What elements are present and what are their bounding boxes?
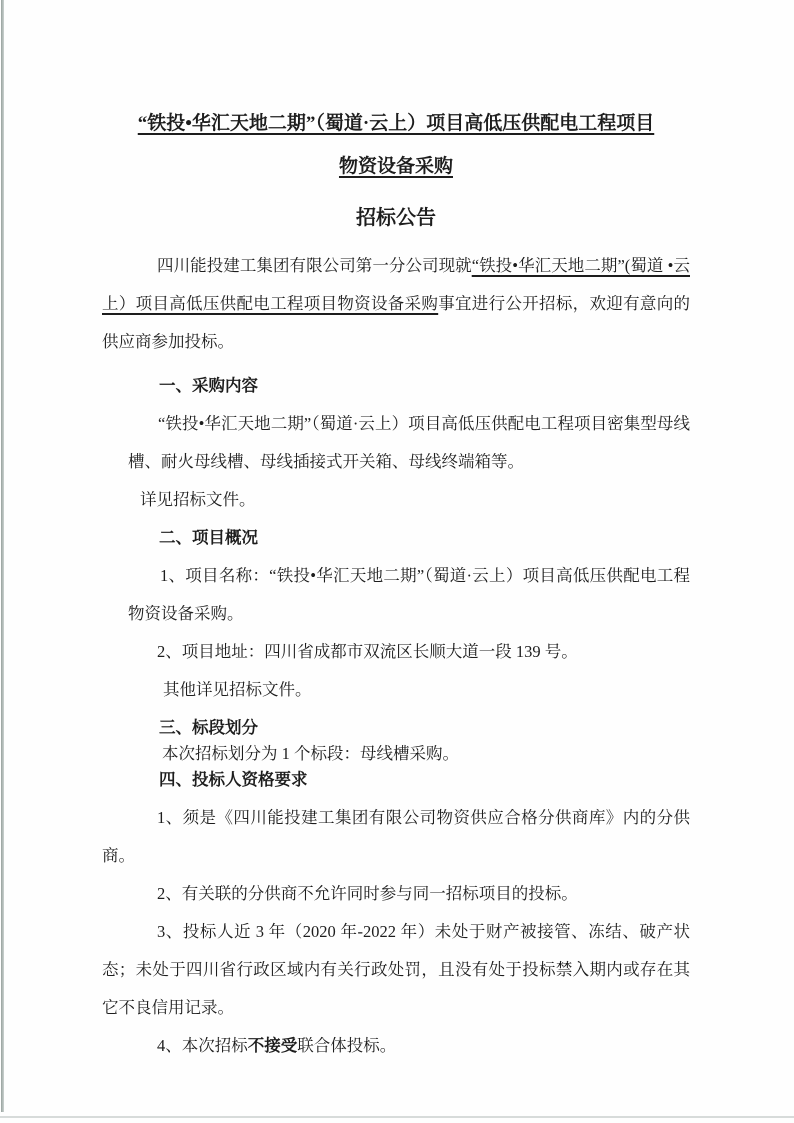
- title-line-1: “铁投•华汇天地二期”（蜀道·云上）项目高低压供配电工程项目: [102, 112, 690, 136]
- document-title: “铁投•华汇天地二期”（蜀道·云上）项目高低压供配电工程项目 物资设备采购: [102, 112, 690, 179]
- scan-edge-left: [1, 0, 4, 1112]
- section-2-note: 其他详见招标文件。: [102, 671, 690, 709]
- section-2-heading: 二、项目概况: [102, 519, 690, 557]
- section-4-item-1: 1、须是《四川能投建工集团有限公司物资供应合格分供商库》内的分供商。: [102, 799, 690, 875]
- item-4-suffix: 联合体投标。: [297, 1036, 396, 1055]
- intro-prefix: 四川能投建工集团有限公司第一分公司现就: [157, 256, 472, 275]
- section-2-item-2: 2、项目地址：四川省成都市双流区长顺大道一段 139 号。: [102, 633, 690, 671]
- item-4-bold-no-consortium: 不接受: [248, 1036, 298, 1055]
- item-4-prefix: 4、本次招标: [157, 1036, 248, 1055]
- intro-paragraph: 四川能投建工集团有限公司第一分公司现就“铁投•华汇天地二期”(蜀道 •云上）项目…: [102, 247, 690, 361]
- section-4-item-3: 3、投标人近 3 年（2020 年-2022 年）未处于财产被接管、冻结、破产状…: [102, 913, 690, 1027]
- section-1-body: “铁投•华汇天地二期”（蜀道·云上）项目高低压供配电工程项目密集型母线槽、耐火母…: [102, 405, 690, 481]
- announcement-title: 招标公告: [102, 205, 690, 231]
- section-1-note: 详见招标文件。: [102, 481, 690, 519]
- document-content: “铁投•华汇天地二期”（蜀道·云上）项目高低压供配电工程项目 物资设备采购 招标…: [102, 112, 690, 1065]
- section-2-item-1: 1、项目名称：“铁投•华汇天地二期”（蜀道·云上）项目高低压供配电工程物资设备采…: [102, 557, 690, 633]
- document-page: “铁投•华汇天地二期”（蜀道·云上）项目高低压供配电工程项目 物资设备采购 招标…: [0, 0, 794, 1123]
- title-line-2: 物资设备采购: [102, 155, 690, 179]
- section-4-item-2: 2、有关联的分供商不允许同时参与同一招标项目的投标。: [102, 875, 690, 913]
- scan-edge-bottom: [0, 1116, 794, 1118]
- section-4-item-4: 4、本次招标不接受联合体投标。: [102, 1027, 690, 1065]
- section-1-heading: 一、采购内容: [102, 367, 690, 405]
